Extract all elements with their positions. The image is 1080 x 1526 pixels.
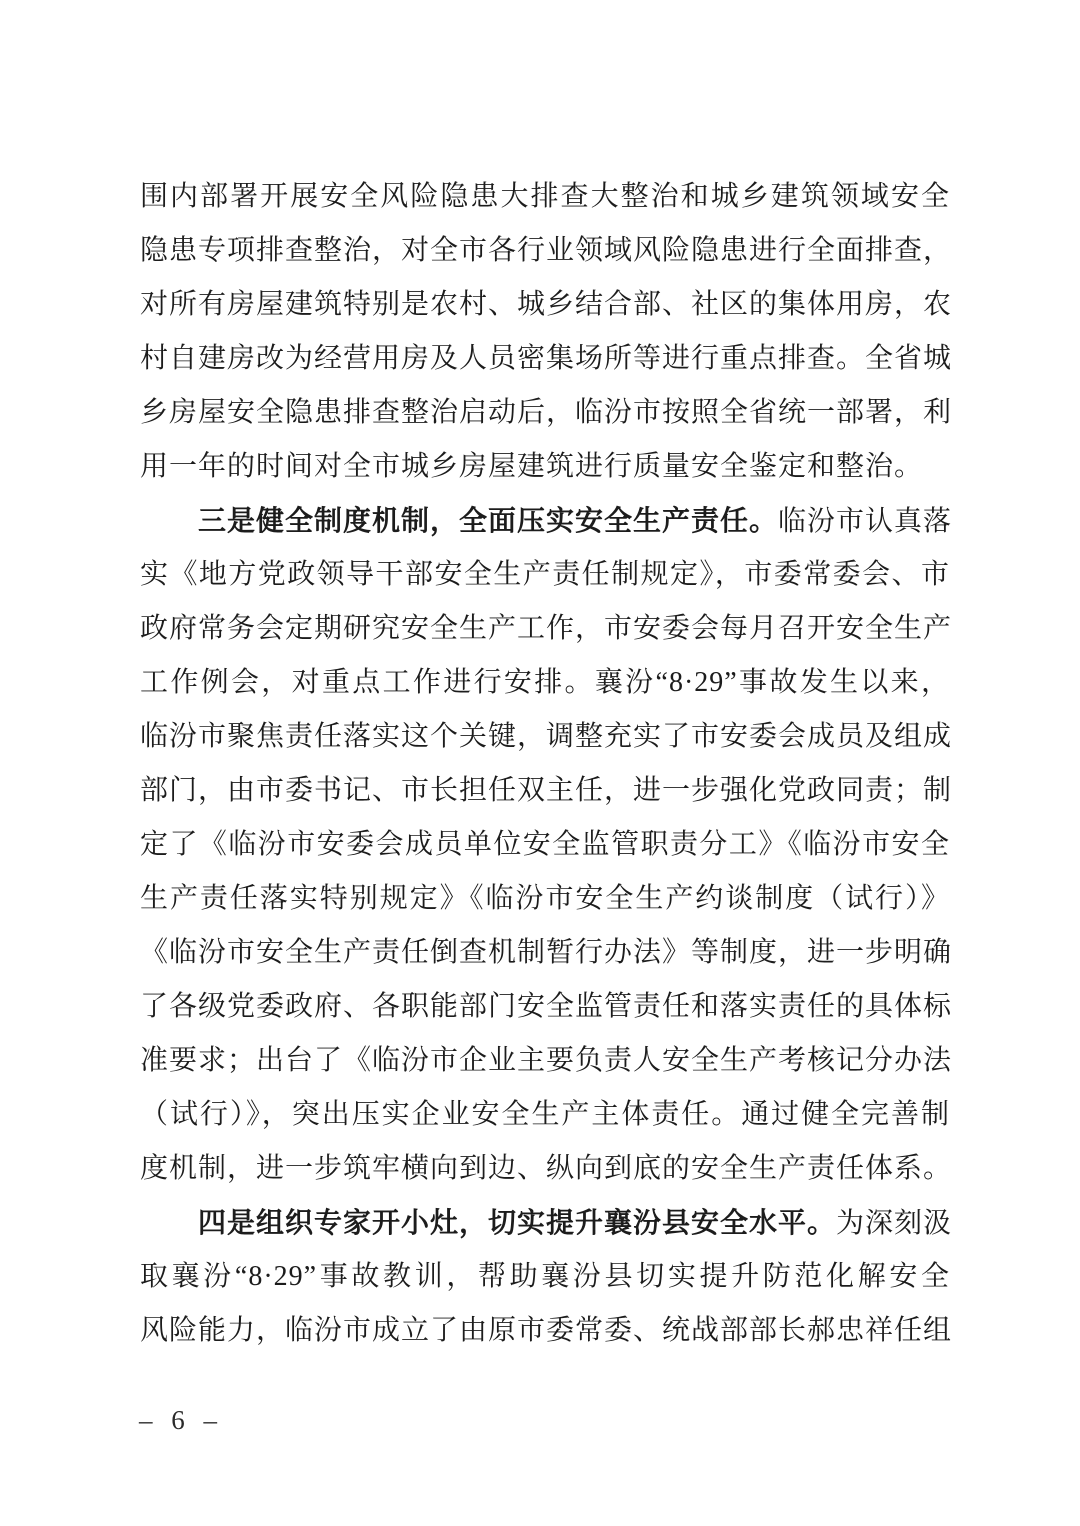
text-line: 隐患专项排查整治，对全市各行业领域风险隐患进行全面排查，: [140, 224, 950, 278]
body-text: 取襄汾“8·29”事故教训，帮助襄汾县切实提升防范化解安全: [140, 1261, 950, 1292]
text-line: 政府常务会定期研究安全生产工作，市安委会每月召开安全生产: [140, 602, 950, 656]
text-line: 了各级党委政府、各职能部门安全监管责任和落实责任的具体标: [140, 980, 950, 1034]
text-line: 乡房屋安全隐患排查整治启动后，临汾市按照全省统一部署，利: [140, 386, 950, 440]
document-body: 围内部署开展安全风险隐患大排查大整治和城乡建筑领域安全隐患专项排查整治，对全市各…: [140, 170, 950, 1358]
body-text: 部门，由市委书记、市长担任双主任，进一步强化党政同责；制: [140, 775, 952, 806]
text-line: 部门，由市委书记、市长担任双主任，进一步强化党政同责；制: [140, 764, 950, 818]
body-text: 风险能力，临汾市成立了由原市委常委、统战部部长郝忠祥任组: [140, 1315, 952, 1346]
text-line: 取襄汾“8·29”事故教训，帮助襄汾县切实提升防范化解安全: [140, 1250, 950, 1304]
text-line: 用一年的时间对全市城乡房屋建筑进行质量安全鉴定和整治。: [140, 440, 950, 494]
body-text: 临汾市聚焦责任落实这个关键，调整充实了市安委会成员及组成: [140, 721, 952, 752]
body-text: 定了《临汾市安委会成员单位安全监管职责分工》《临汾市安全: [140, 829, 950, 860]
body-text: 实《地方党政领导干部安全生产责任制规定》，市委常委会、市: [140, 559, 950, 590]
body-text: 为深刻汲: [836, 1208, 952, 1239]
body-text: 工作例会，对重点工作进行安排。襄汾“8·29”事故发生以来，: [140, 667, 950, 698]
body-text: 村自建房改为经营用房及人员密集场所等进行重点排查。全省城: [140, 343, 952, 374]
section-heading: 四是组织专家开小灶，切实提升襄汾县安全水平。: [198, 1207, 836, 1238]
document-page: 围内部署开展安全风险隐患大排查大整治和城乡建筑领域安全隐患专项排查整治，对全市各…: [0, 0, 1080, 1526]
body-text: 围内部署开展安全风险隐患大排查大整治和城乡建筑领域安全: [140, 181, 950, 212]
body-text: 隐患专项排查整治，对全市各行业领域风险隐患进行全面排查，: [140, 235, 952, 266]
body-text: 《临汾市安全生产责任倒查机制暂行办法》等制度，进一步明确: [140, 937, 952, 968]
text-line: （试行）》，突出压实企业安全生产主体责任。通过健全完善制: [140, 1088, 950, 1142]
text-line: 生产责任落实特别规定》《临汾市安全生产约谈制度（试行）》: [140, 872, 950, 926]
text-line: 村自建房改为经营用房及人员密集场所等进行重点排查。全省城: [140, 332, 950, 386]
text-line: 四是组织专家开小灶，切实提升襄汾县安全水平。为深刻汲: [140, 1196, 950, 1250]
body-text: 乡房屋安全隐患排查整治启动后，临汾市按照全省统一部署，利: [140, 397, 952, 428]
text-line: 定了《临汾市安委会成员单位安全监管职责分工》《临汾市安全: [140, 818, 950, 872]
body-text: 度机制，进一步筑牢横向到边、纵向到底的安全生产责任体系。: [140, 1153, 952, 1184]
body-text: 生产责任落实特别规定》《临汾市安全生产约谈制度（试行）》: [140, 883, 950, 914]
text-line: 《临汾市安全生产责任倒查机制暂行办法》等制度，进一步明确: [140, 926, 950, 980]
text-line: 准要求；出台了《临汾市企业主要负责人安全生产考核记分办法: [140, 1034, 950, 1088]
body-text: （试行）》，突出压实企业安全生产主体责任。通过健全完善制: [140, 1099, 950, 1130]
text-line: 临汾市聚焦责任落实这个关键，调整充实了市安委会成员及组成: [140, 710, 950, 764]
body-text: 临汾市认真落: [778, 506, 952, 537]
page-number: – 6 –: [139, 1398, 223, 1442]
body-text: 政府常务会定期研究安全生产工作，市安委会每月召开安全生产: [140, 613, 952, 644]
section-heading: 三是健全制度机制，全面压实安全生产责任。: [198, 505, 778, 536]
text-line: 围内部署开展安全风险隐患大排查大整治和城乡建筑领域安全: [140, 170, 950, 224]
body-text: 用一年的时间对全市城乡房屋建筑进行质量安全鉴定和整治。: [140, 451, 923, 482]
text-line: 风险能力，临汾市成立了由原市委常委、统战部部长郝忠祥任组: [140, 1304, 950, 1358]
text-line: 实《地方党政领导干部安全生产责任制规定》，市委常委会、市: [140, 548, 950, 602]
body-text: 了各级党委政府、各职能部门安全监管责任和落实责任的具体标: [140, 991, 952, 1022]
text-line: 三是健全制度机制，全面压实安全生产责任。临汾市认真落: [140, 494, 950, 548]
text-line: 对所有房屋建筑特别是农村、城乡结合部、社区的集体用房，农: [140, 278, 950, 332]
text-line: 工作例会，对重点工作进行安排。襄汾“8·29”事故发生以来，: [140, 656, 950, 710]
body-text: 准要求；出台了《临汾市企业主要负责人安全生产考核记分办法: [140, 1045, 952, 1076]
body-text: 对所有房屋建筑特别是农村、城乡结合部、社区的集体用房，农: [140, 289, 952, 320]
text-line: 度机制，进一步筑牢横向到边、纵向到底的安全生产责任体系。: [140, 1142, 950, 1196]
